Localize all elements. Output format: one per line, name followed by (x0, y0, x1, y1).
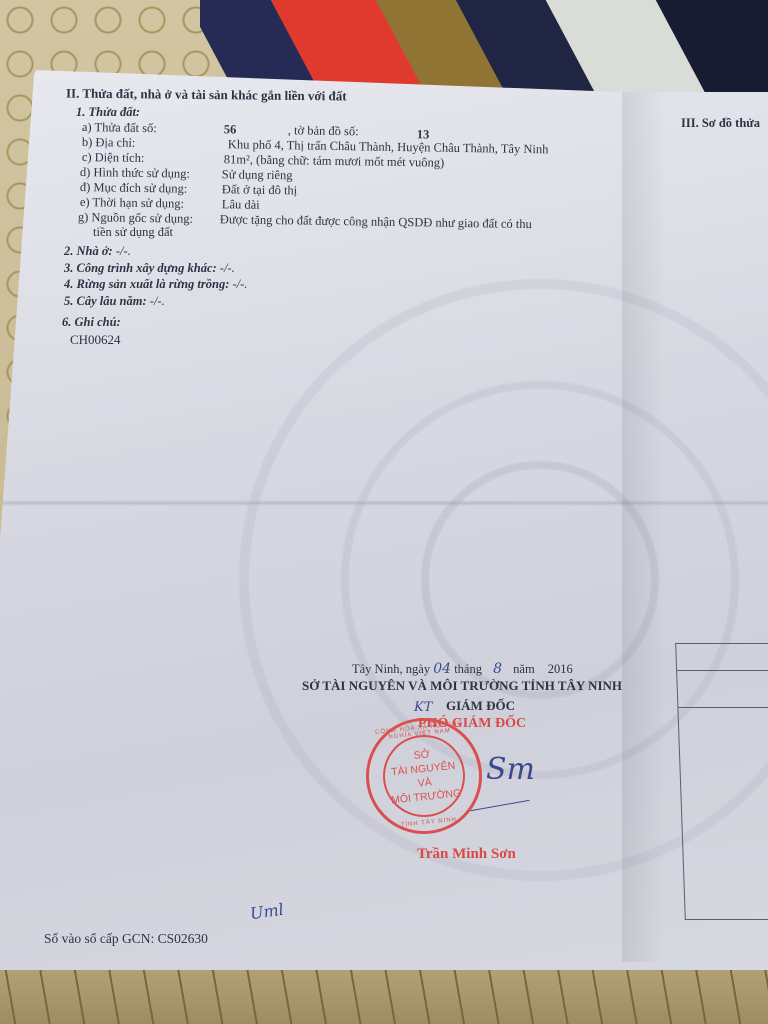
row-label: e) Thời hạn sử dụng: (80, 195, 184, 212)
handwritten-kt: KT (414, 700, 432, 715)
signing-place-date: Tây Ninh, ngày 04 tháng 8 năm 2016 (352, 662, 573, 676)
agency-name: SỞ TÀI NGUYÊN VÀ MÔI TRƯỜNG TỈNH TÂY NIN… (302, 679, 622, 692)
row-label: b) Địa chỉ: (82, 135, 136, 151)
row-label: c) Diện tích: (82, 150, 145, 166)
row-label: d) Hình thức sử dụng: (80, 165, 190, 182)
row-label: a) Thửa đất số: (82, 120, 157, 136)
row-value: Sử dụng riêng (222, 167, 293, 183)
section-3-title: III. Sơ đồ thửa (681, 117, 760, 130)
item-plantation-forest: 4. Rừng sản xuất là rừng trồng: -/-. (64, 278, 247, 291)
item-other-construction: 3. Công trình xây dựng khác: -/-. (64, 262, 235, 275)
change-table (675, 643, 768, 920)
map-sheet-label: , tờ bản đồ số: (288, 123, 359, 139)
signature: Sm (486, 752, 535, 787)
item-notes: 6. Ghi chú: (62, 316, 121, 329)
row-value: Lâu dài (222, 197, 260, 213)
item-house: 2. Nhà ở: -/-. (64, 245, 131, 258)
row-label: đ) Mục đích sử dụng: (80, 180, 188, 197)
origin-continuation: tiền sử dụng đất (93, 226, 173, 239)
item-perennial-trees: 5. Cây lâu năm: -/-. (64, 295, 165, 308)
director-title: GIÁM ĐỐC (446, 699, 515, 712)
note-code: CH00624 (70, 333, 121, 346)
registry-number: Số vào sổ cấp GCN: CS02630 (44, 932, 208, 946)
signer-name: Trần Minh Sơn (417, 847, 516, 862)
section-2-title: II. Thửa đất, nhà ở và tài sản khác gắn … (66, 87, 347, 103)
parcel-heading: 1. Thửa đất: (76, 106, 140, 119)
row-value: Đất ở tại đô thị (222, 182, 298, 198)
row-value: 56 (224, 122, 237, 137)
